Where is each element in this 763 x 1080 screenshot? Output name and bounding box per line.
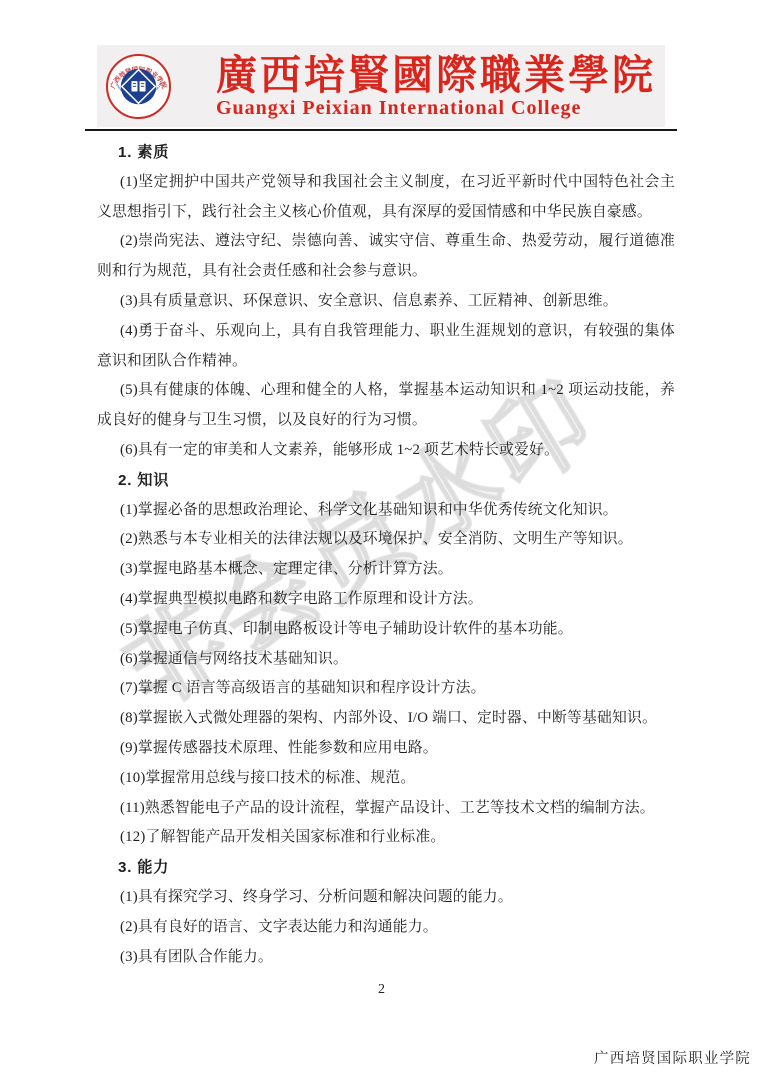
list-item: (8)掌握嵌入式微处理器的架构、内部外设、I/O 端口、定时器、中断等基础知识。 bbox=[97, 704, 675, 734]
college-name-chinese: 廣西培賢國際職業學院 bbox=[216, 53, 656, 97]
list-item: (10)掌握常用总线与接口技术的标准、规范。 bbox=[97, 764, 675, 794]
list-item: (2)崇尚宪法、遵法守纪、崇德向善、诚实守信、尊重生命、热爱劳动，履行道德准则和… bbox=[97, 227, 675, 287]
list-item: (4)勇于奋斗、乐观向上，具有自我管理能力、职业生涯规划的意识，有较强的集体意识… bbox=[97, 317, 675, 377]
list-item: (3)具有质量意识、环保意识、安全意识、信息素养、工匠精神、创新思维。 bbox=[97, 287, 675, 317]
section-heading: 3. 能力 bbox=[97, 853, 675, 883]
list-item: (1)掌握必备的思想政治理论、科学文化基础知识和中华优秀传统文化知识。 bbox=[97, 496, 675, 526]
list-item: (12)了解智能产品开发相关国家标准和行业标准。 bbox=[97, 823, 675, 853]
section-heading: 1. 素质 bbox=[97, 138, 675, 168]
list-item: (11)熟悉智能电子产品的设计流程，掌握产品设计、工艺等技术文档的编制方法。 bbox=[97, 794, 675, 824]
college-titles: 廣西培賢國際職業學院 Guangxi Peixian International… bbox=[216, 53, 656, 119]
list-item: (3)掌握电路基本概念、定理定律、分析计算方法。 bbox=[97, 555, 675, 585]
list-item: (7)掌握 C 语言等高级语言的基础知识和程序设计方法。 bbox=[97, 674, 675, 704]
college-header: 广西培贤国际职业学院 GUANGXI PEIXIAN INTERNATIONAL… bbox=[97, 45, 665, 127]
list-item: (2)具有良好的语言、文字表达能力和沟通能力。 bbox=[97, 913, 675, 943]
header-divider bbox=[85, 129, 677, 131]
document-body: 1. 素质 (1)坚定拥护中国共产党领导和我国社会主义制度，在习近平新时代中国特… bbox=[97, 138, 675, 972]
section-heading: 2. 知识 bbox=[97, 466, 675, 496]
list-item: (2)熟悉与本专业相关的法律法规以及环境保护、安全消防、文明生产等知识。 bbox=[97, 525, 675, 555]
list-item: (5)具有健康的体魄、心理和健全的人格，掌握基本运动知识和 1~2 项运动技能，… bbox=[97, 376, 675, 436]
list-item: (9)掌握传感器技术原理、性能参数和应用电路。 bbox=[97, 734, 675, 764]
list-item: (6)掌握通信与网络技术基础知识。 bbox=[97, 645, 675, 675]
college-logo: 广西培贤国际职业学院 GUANGXI PEIXIAN INTERNATIONAL… bbox=[105, 53, 172, 120]
list-item: (5)掌握电子仿真、印制电路板设计等电子辅助设计软件的基本功能。 bbox=[97, 615, 675, 645]
list-item: (6)具有一定的审美和人文素养，能够形成 1~2 项艺术特长或爱好。 bbox=[97, 436, 675, 466]
document-page: 非会员水印 广西培贤国际职业学院 GUANGXI PEIXIAN INTERNA… bbox=[0, 0, 763, 1080]
footer-college-name: 广西培贤国际职业学院 bbox=[594, 1047, 751, 1068]
college-name-english: Guangxi Peixian International College bbox=[216, 98, 656, 119]
list-item: (1)坚定拥护中国共产党领导和我国社会主义制度，在习近平新时代中国特色社会主义思… bbox=[97, 168, 675, 228]
list-item: (1)具有探究学习、终身学习、分析问题和解决问题的能力。 bbox=[97, 883, 675, 913]
page-number: 2 bbox=[0, 982, 763, 998]
list-item: (4)掌握典型模拟电路和数字电路工作原理和设计方法。 bbox=[97, 585, 675, 615]
list-item: (3)具有团队合作能力。 bbox=[97, 943, 675, 973]
